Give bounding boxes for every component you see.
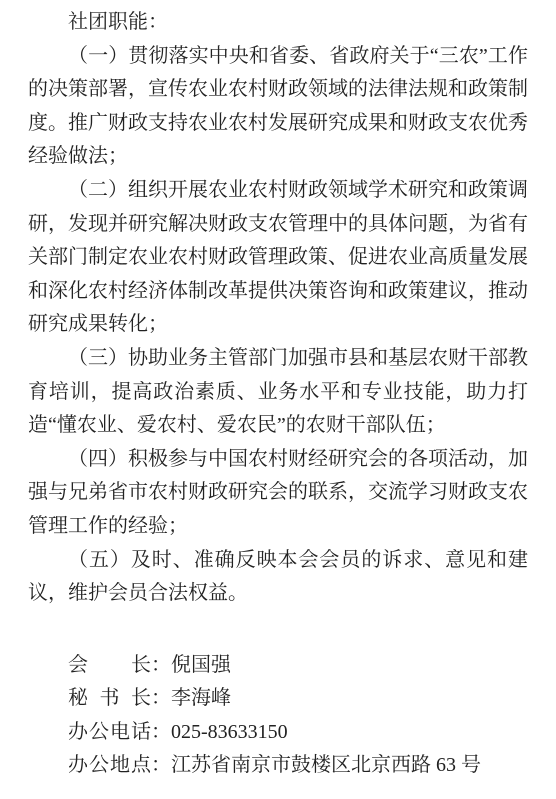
contact-label-office-phone: 办公电话 xyxy=(68,716,151,750)
contact-row-president: 会长：倪国强 xyxy=(28,649,528,683)
contact-info-block: 会长：倪国强 秘书长：李海峰 办公电话：025-83633150 办公地点：江苏… xyxy=(28,649,528,783)
clause-paragraph-3: （三）协助业务主管部门加强市县和基层农财干部教育培训，提高政治素质、业务水平和专… xyxy=(28,342,528,443)
clause-paragraph-4: （四）积极参与中国农村财经研究会的各项活动，加强与兄弟省市农村财政研究会的联系，… xyxy=(28,443,528,544)
contact-value-office-address: 江苏省南京市鼓楼区北京西路 63 号 xyxy=(171,754,481,776)
contact-label-secretary-general: 秘书长 xyxy=(68,682,151,716)
contact-colon: ： xyxy=(151,721,171,743)
contact-colon: ： xyxy=(151,754,171,776)
contact-colon: ： xyxy=(151,687,171,709)
clause-paragraph-1: （一）贯彻落实中央和省委、省政府关于“三农”工作的决策部署，宣传农业农村财政领域… xyxy=(28,40,528,174)
document-page: 社团职能： （一）贯彻落实中央和省委、省政府关于“三农”工作的决策部署，宣传农业… xyxy=(0,0,556,799)
contact-row-office-phone: 办公电话：025-83633150 xyxy=(28,716,528,750)
contact-label-office-address: 办公地点 xyxy=(68,749,151,783)
contact-value-secretary-general: 李海峰 xyxy=(171,687,231,709)
contact-row-secretary-general: 秘书长：李海峰 xyxy=(28,682,528,716)
contact-row-office-address: 办公地点：江苏省南京市鼓楼区北京西路 63 号 xyxy=(28,749,528,783)
clause-paragraph-5: （五）及时、准确反映本会会员的诉求、意见和建议，维护会员合法权益。 xyxy=(28,544,528,611)
clause-paragraph-2: （二）组织开展农业农村财政领域学术研究和政策调研，发现并研究解决财政支农管理中的… xyxy=(28,174,528,342)
contact-value-president: 倪国强 xyxy=(171,654,231,676)
contact-colon: ： xyxy=(151,654,171,676)
section-title: 社团职能： xyxy=(28,6,528,40)
contact-value-office-phone: 025-83633150 xyxy=(171,721,288,743)
contact-label-president: 会长 xyxy=(68,649,151,683)
